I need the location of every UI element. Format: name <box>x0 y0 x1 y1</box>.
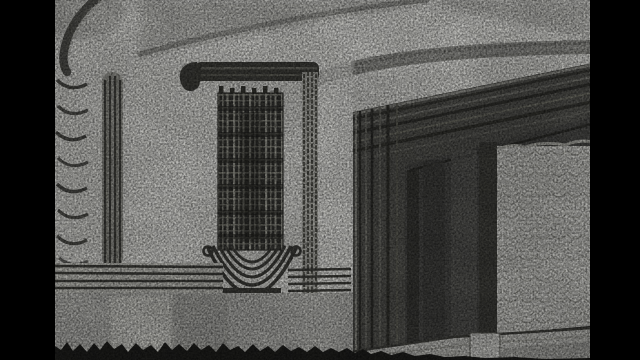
right-matte <box>590 0 640 360</box>
film-grain <box>55 0 590 360</box>
screenshot-root <box>0 0 640 360</box>
photograph <box>29 0 592 360</box>
photo-canvas <box>0 0 640 360</box>
left-matte <box>0 0 55 360</box>
